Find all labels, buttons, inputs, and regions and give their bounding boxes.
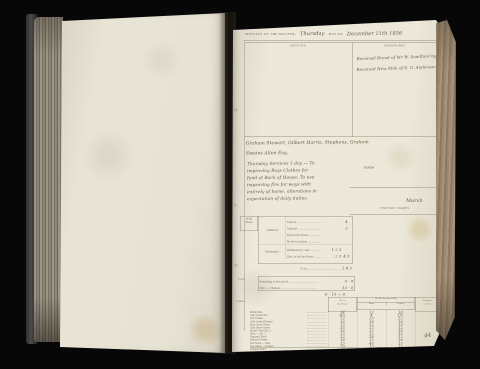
provisions-row-label: Officers bbox=[250, 357, 306, 360]
minutes-column-header: MINUTES. bbox=[245, 45, 353, 48]
minutes-line: expectation of daily duties. bbox=[247, 194, 352, 202]
provisions-rows: Infirm Men 14 12 16 Able-bodied Do. 4½ 4… bbox=[250, 311, 440, 360]
none-note: none bbox=[364, 165, 374, 170]
provisions-row: Officers 13 12 13 bbox=[250, 357, 440, 360]
provisions-row-label: Fever Ward bbox=[250, 351, 306, 354]
header-day-handwritten: Thursday bbox=[300, 31, 325, 37]
daily-total-value: 1 4 3 bbox=[342, 266, 352, 271]
signatures-column-header: SIGNATURES. bbox=[353, 45, 438, 48]
blank-left-page bbox=[58, 12, 225, 354]
box-divider bbox=[353, 43, 354, 137]
admitted-group: Admitted Paupers4Vagrants3Born in the Ho… bbox=[259, 217, 353, 245]
signature-entry-2: Received New Milk of S. G. Anderson bbox=[356, 65, 435, 72]
female-value: 4 bbox=[386, 354, 415, 357]
remaining-row: Ditto — Children· 13 · 6 bbox=[260, 284, 354, 291]
leader-dots bbox=[307, 340, 327, 341]
remaining-sum: 6 · 13 — 6 bbox=[325, 292, 345, 297]
margin-smudge-3 bbox=[234, 264, 238, 266]
leader-dots bbox=[307, 325, 327, 326]
margin-smudge-2 bbox=[233, 204, 237, 206]
discharged-rows: Dismissed by order1 2 3Died, or left the… bbox=[286, 245, 353, 260]
female-value: 13 bbox=[386, 357, 415, 360]
attendance-names-line-1: Graham Stewart, Gilbert Harris, Stephens… bbox=[246, 139, 438, 146]
minutes-signatures-box: MINUTES. SIGNATURES. Received Bread of M… bbox=[244, 43, 438, 138]
male-subheader: Male bbox=[358, 302, 387, 305]
leader-dots bbox=[307, 319, 327, 320]
provisions-row: Fever Ward 9 13 9 bbox=[250, 351, 440, 354]
leader-dots bbox=[307, 328, 327, 329]
male-value: 1½ bbox=[357, 348, 386, 351]
attendance-names-line-2: Swains Allen Esq. bbox=[246, 149, 438, 156]
provisions-row-label: Idiots & Imbeciles bbox=[250, 354, 306, 357]
leader-dots bbox=[307, 331, 327, 332]
note-rule bbox=[350, 187, 437, 188]
male-value: 12 bbox=[357, 357, 386, 360]
col1-value: 9 bbox=[328, 351, 357, 354]
female-value: 9 bbox=[386, 351, 415, 354]
classes-margin-label: Classes. bbox=[236, 300, 245, 303]
male-value: 13 bbox=[357, 354, 386, 357]
remains-figure: 44 bbox=[424, 332, 432, 339]
remaining-box: Remaining at this period9 · 8Ditto — Chi… bbox=[258, 276, 355, 291]
page-header: MINUTES OF THE MASTER, Thursday DAY OF D… bbox=[245, 31, 438, 37]
admitted-group-label: Admitted bbox=[259, 217, 287, 245]
col1-header-line2: the House bbox=[329, 303, 357, 306]
admitted-rows: Paupers4Vagrants3Born in the HouseBy the… bbox=[286, 217, 353, 245]
visitors-rule bbox=[350, 214, 437, 215]
totals-male: 40 bbox=[357, 350, 386, 353]
discharged-group: Discharged Dismissed by order1 2 3Died, … bbox=[259, 245, 353, 260]
span-header-text: On the day preceding bbox=[358, 298, 415, 301]
daily-row: Died, or left the House· 2 34 3 bbox=[287, 252, 352, 259]
totals-female: 18 bbox=[386, 350, 415, 353]
daily-table-corner-label: In the House bbox=[240, 216, 258, 231]
right-page-stack-fore-edge bbox=[436, 20, 456, 340]
male-value: 13 bbox=[357, 351, 386, 354]
totals-col1: 13 bbox=[328, 350, 357, 353]
leader-dots bbox=[307, 343, 327, 344]
margin-smudge-1 bbox=[234, 109, 238, 111]
col1-value: 4 bbox=[328, 354, 357, 357]
daily-row: By the Guardians bbox=[287, 237, 352, 244]
remains-header-line2: in Store bbox=[416, 303, 440, 306]
master-signature: Marsh bbox=[406, 198, 423, 204]
female-subheader: Female bbox=[386, 302, 414, 305]
left-page-stack-fore-edge bbox=[34, 17, 63, 342]
bottom-signature: John Humphries bbox=[386, 349, 429, 356]
leader-dots bbox=[307, 316, 327, 317]
leader-dots bbox=[309, 269, 341, 270]
leader-dots bbox=[307, 334, 327, 335]
header-printed-mid: DAY OF bbox=[329, 32, 343, 36]
daily-total-line: Total 1 4 3 bbox=[300, 266, 352, 271]
header-printed-left: MINUTES OF THE MASTER, bbox=[245, 32, 296, 36]
daily-total-label: Total bbox=[300, 268, 308, 271]
right-ledger-page: MINUTES OF THE MASTER, Thursday DAY OF D… bbox=[230, 14, 443, 356]
corner-line-2: House bbox=[241, 221, 258, 225]
visitors-names-label: VISITORS' NAMES. bbox=[355, 207, 435, 210]
signature-entry-1: Received Bread of Mr W. Sandford by Lane bbox=[356, 53, 448, 61]
provisions-totals-row: 13 40 18 bbox=[250, 348, 440, 353]
female-value: 3 bbox=[386, 348, 415, 351]
daily-table: Admitted Paupers4Vagrants3Born in the Ho… bbox=[258, 216, 353, 264]
photograph-of-open-ledger: MINUTES OF THE MASTER, Thursday DAY OF D… bbox=[0, 0, 480, 369]
leader-dots bbox=[307, 359, 327, 360]
leader-dots bbox=[307, 352, 327, 353]
header-rule bbox=[243, 41, 438, 42]
leader-dots bbox=[307, 337, 327, 338]
leader-dots bbox=[307, 356, 327, 357]
header-date-handwritten: December 11th 1856 bbox=[347, 31, 402, 37]
leader-dots bbox=[307, 313, 327, 314]
totals-margin-label: Totals. bbox=[238, 278, 245, 281]
leader-dots bbox=[307, 322, 327, 323]
printed-form: MINUTES OF THE MASTER, Thursday DAY OF D… bbox=[230, 14, 443, 356]
provisions-row: Idiots & Imbeciles 4 13 4 bbox=[250, 354, 440, 357]
discharged-group-label: Discharged bbox=[259, 245, 287, 260]
col1-value: 13 bbox=[328, 357, 357, 360]
minutes-paragraph: Thursday Services 1 day — Toimproving Bo… bbox=[247, 160, 352, 202]
